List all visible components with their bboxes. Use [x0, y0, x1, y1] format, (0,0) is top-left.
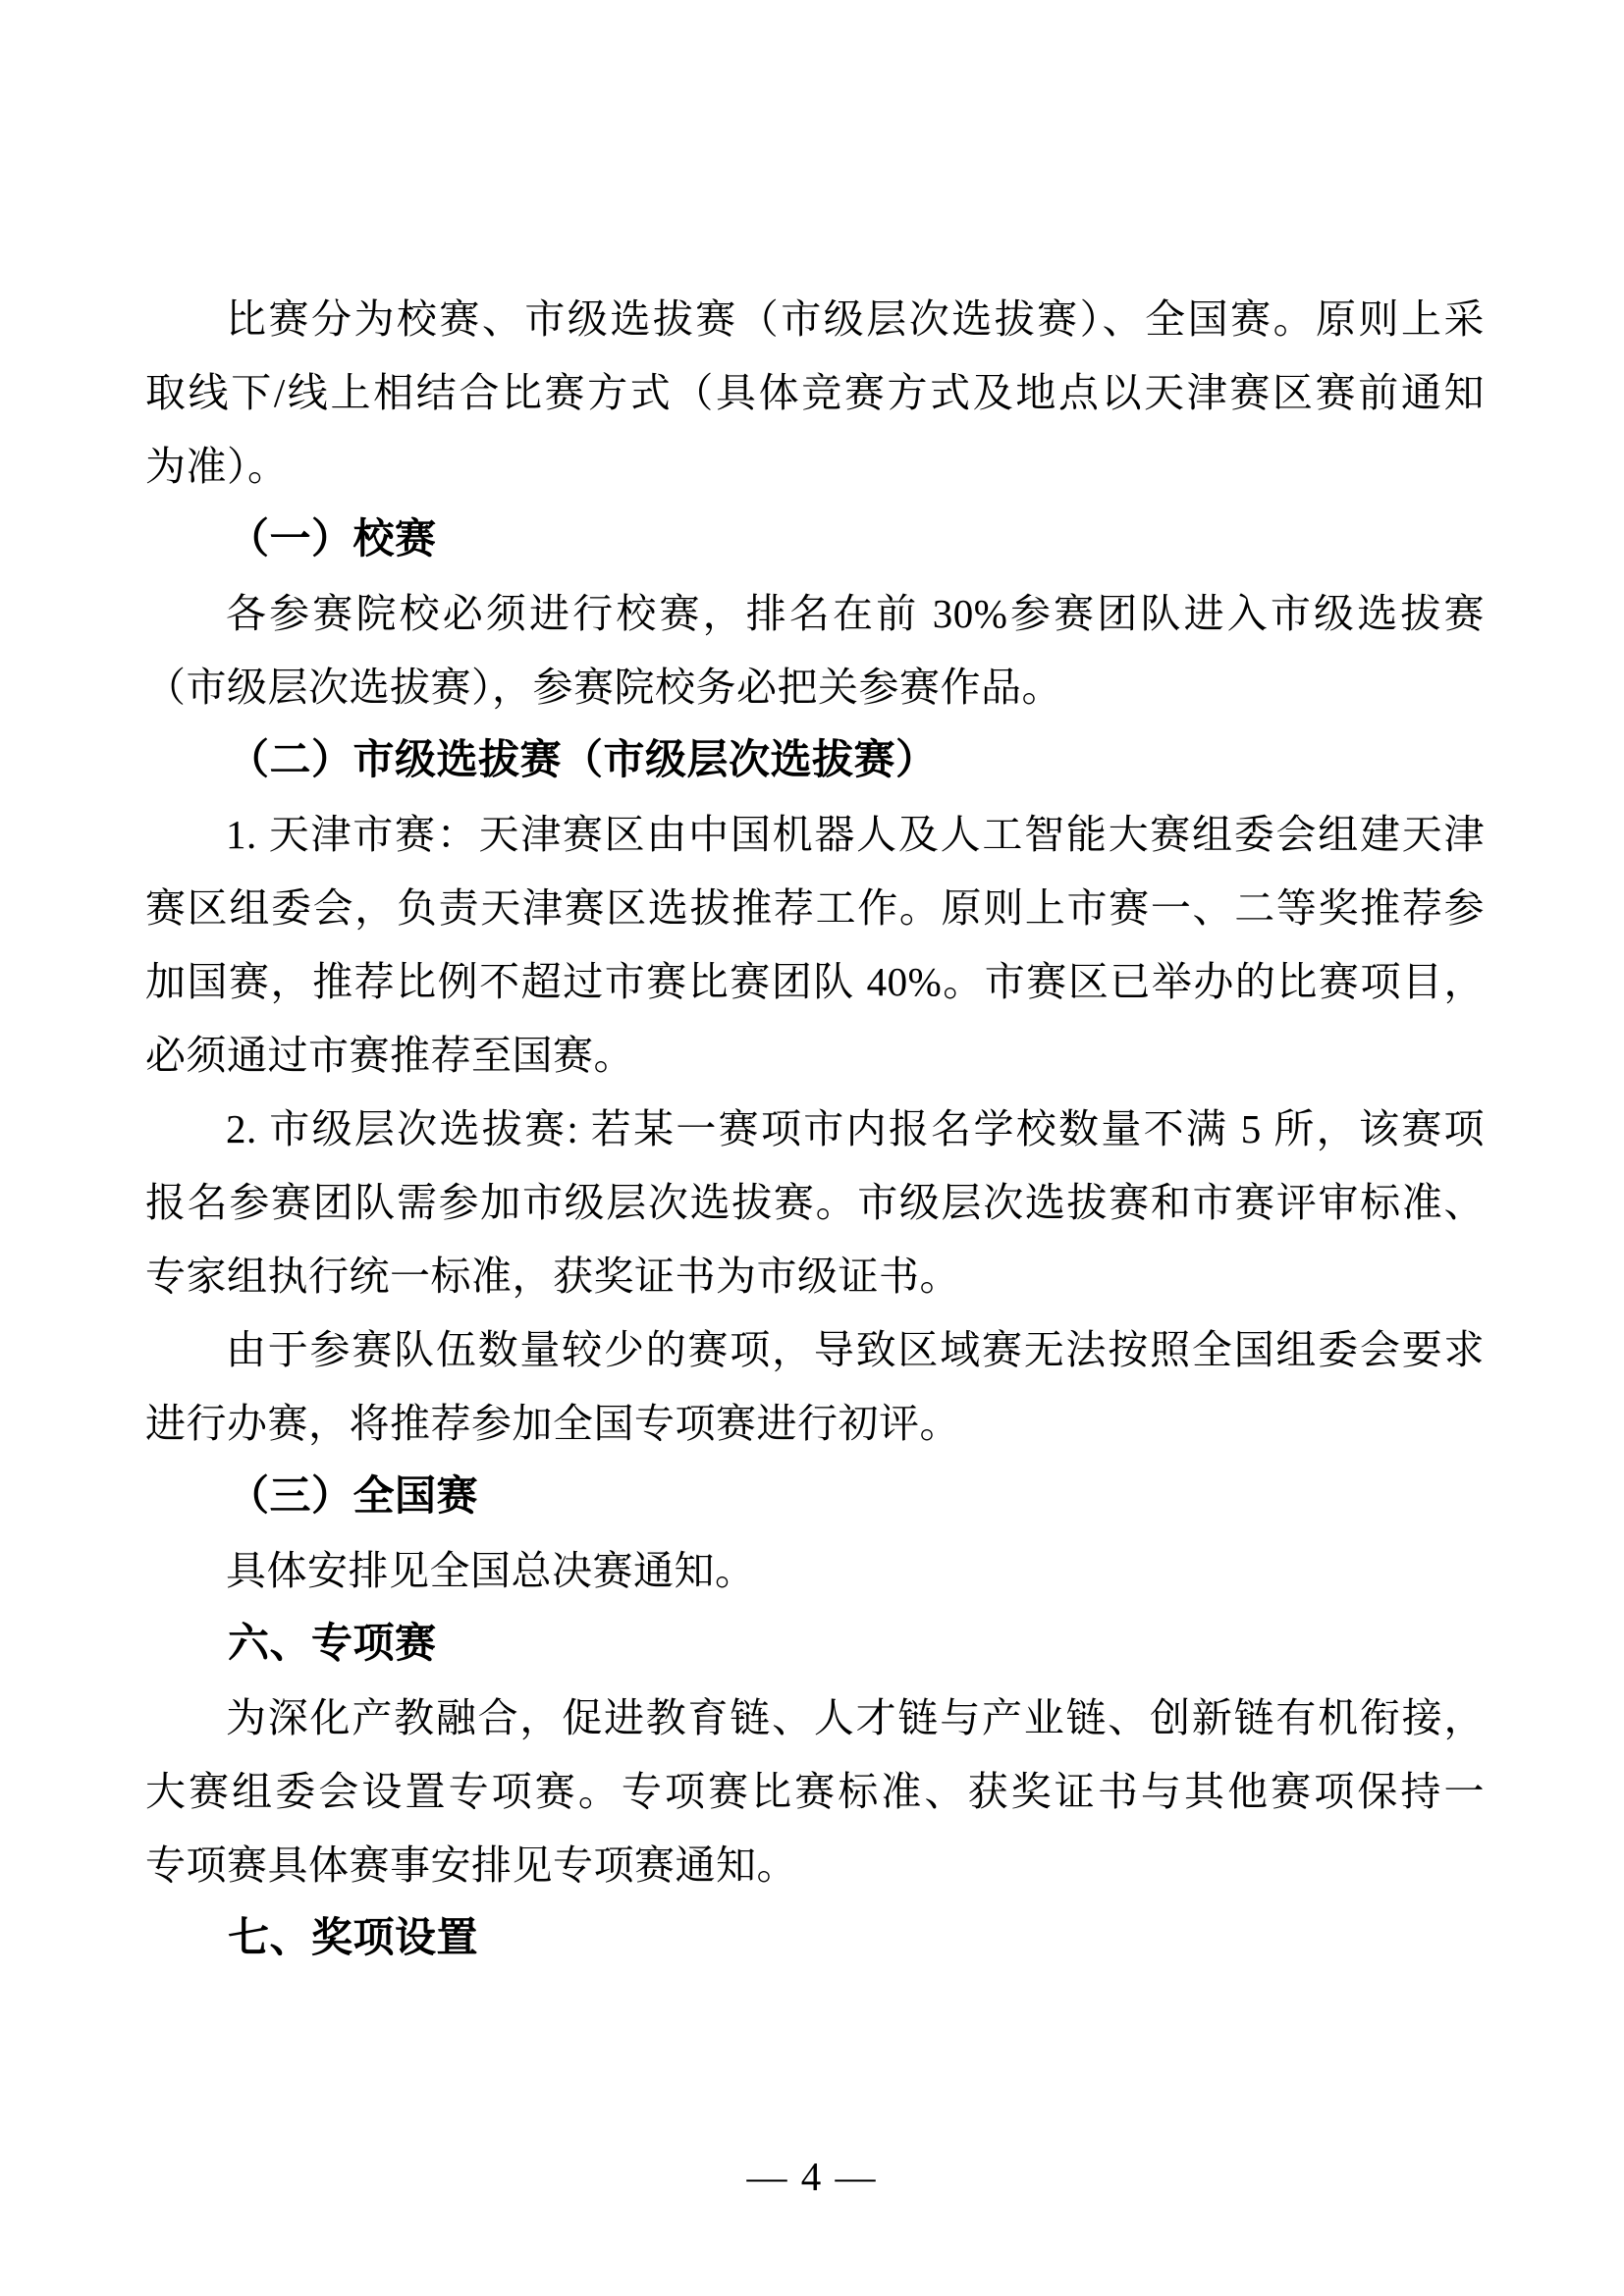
section-heading: 六、专项赛 [145, 1608, 1485, 1682]
section-heading: （一）校赛 [145, 504, 1485, 577]
section-heading: （三）全国赛 [145, 1461, 1485, 1534]
section-heading: 七、奖项设置 [145, 1902, 1485, 1976]
body-text-line: 必须通过市赛推荐至国赛。 [145, 1019, 1485, 1093]
body-text-line: 加国赛，推荐比例不超过市赛比赛团队 40%。市赛区已举办的比赛项目， [145, 945, 1485, 1019]
body-text-line: 专项赛具体赛事安排见专项赛通知。 [145, 1829, 1485, 1902]
page-number: — 4 — [0, 2140, 1624, 2214]
body-text-line: （市级层次选拔赛），参赛院校务必把关参赛作品。 [145, 651, 1485, 724]
body-text-line: 专家组执行统一标准，获奖证书为市级证书。 [145, 1240, 1485, 1313]
body-text-line: 由于参赛队伍数量较少的赛项，导致区域赛无法按照全国组委会要求 [145, 1313, 1485, 1387]
body-text-line: 各参赛院校必须进行校赛，排名在前 30%参赛团队进入市级选拔赛 [145, 577, 1485, 651]
body-text-line: 2. 市级层次选拔赛: 若某一赛项市内报名学校数量不满 5 所，该赛项 [145, 1093, 1485, 1166]
body-text-line: 为准）。 [145, 430, 1485, 504]
body-text-line: 赛区组委会，负责天津赛区选拔推荐工作。原则上市赛一、二等奖推荐参 [145, 872, 1485, 945]
body-text-line: 1. 天津市赛：天津赛区由中国机器人及人工智能大赛组委会组建天津 [145, 798, 1485, 872]
document-page: 比赛分为校赛、市级选拔赛（市级层次选拔赛）、全国赛。原则上采 取线下/线上相结合… [0, 0, 1624, 2296]
body-text-line: 取线下/线上相结合比赛方式（具体竞赛方式及地点以天津赛区赛前通知 [145, 356, 1485, 430]
body-text-line: 具体安排见全国总决赛通知。 [145, 1534, 1485, 1608]
body-text-line: 进行办赛，将推荐参加全国专项赛进行初评。 [145, 1387, 1485, 1461]
body-text-line: 比赛分为校赛、市级选拔赛（市级层次选拔赛）、全国赛。原则上采 [145, 283, 1485, 356]
body-text-line: 为深化产教融合，促进教育链、人才链与产业链、创新链有机衔接， [145, 1682, 1485, 1755]
body-text-line: 报名参赛团队需参加市级层次选拔赛。市级层次选拔赛和市赛评审标准、 [145, 1166, 1485, 1240]
document-body: 比赛分为校赛、市级选拔赛（市级层次选拔赛）、全国赛。原则上采 取线下/线上相结合… [145, 283, 1485, 1976]
body-text-line: 大赛组委会设置专项赛。专项赛比赛标准、获奖证书与其他赛项保持一致。 [145, 1755, 1485, 1829]
section-heading: （二）市级选拔赛（市级层次选拔赛） [145, 724, 1485, 798]
